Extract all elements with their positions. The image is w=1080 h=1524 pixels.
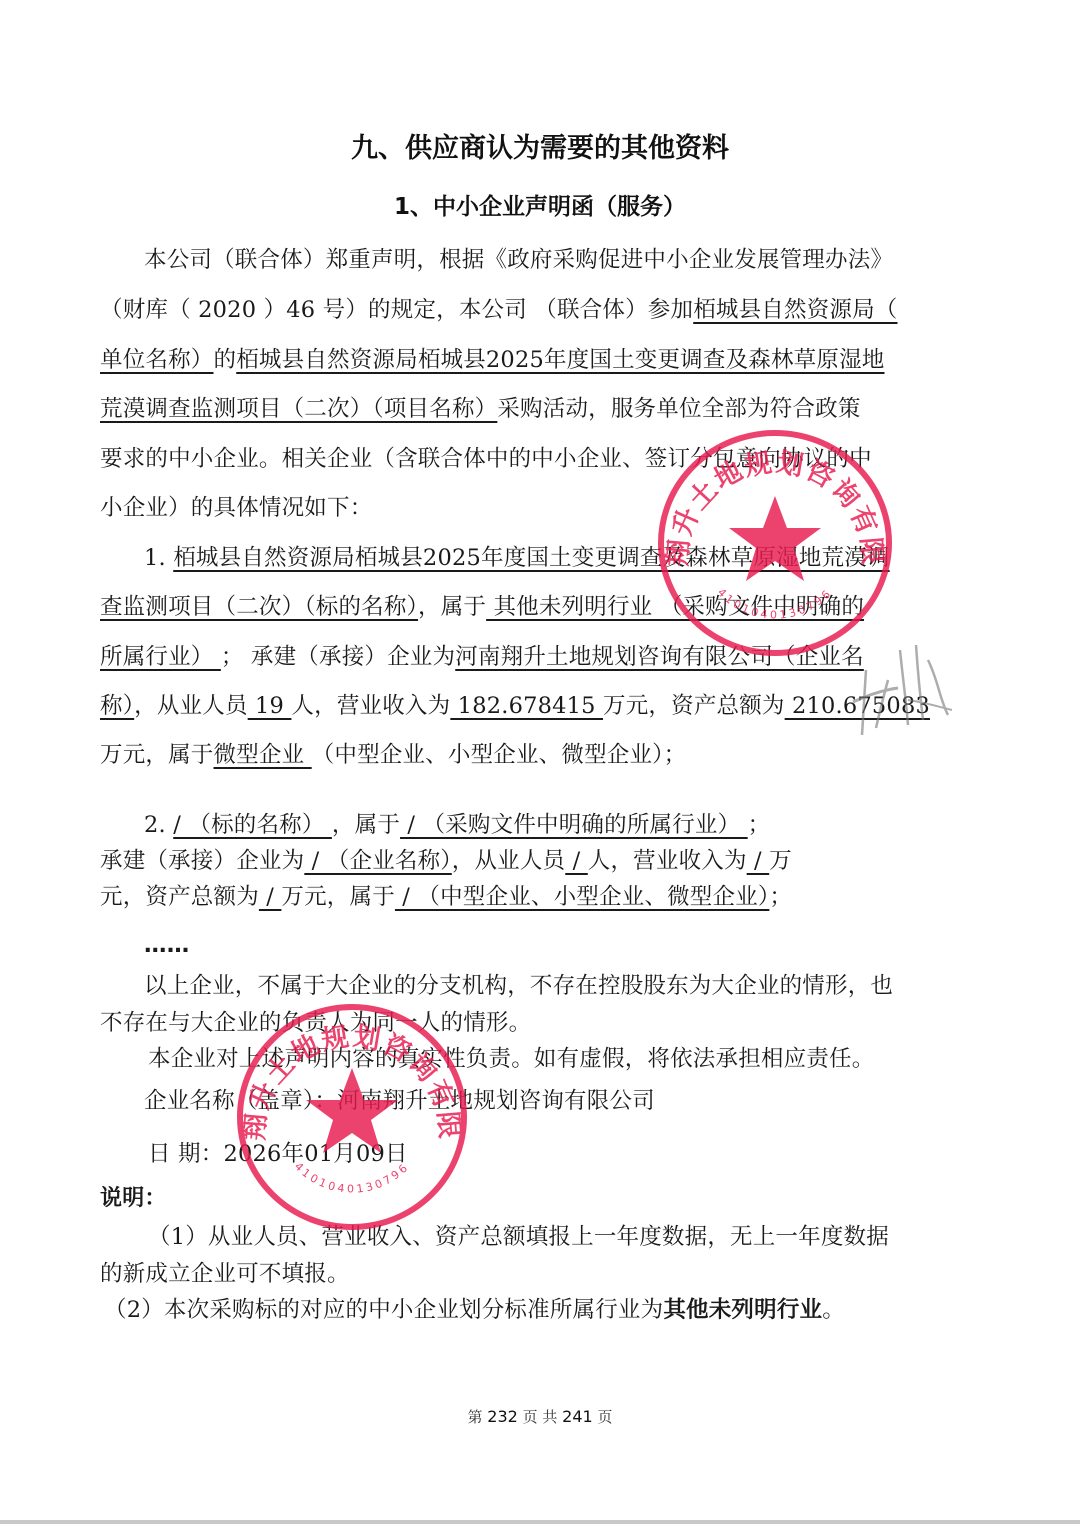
project-name: 栢城县自然资源局栢城县2025年度国土变更调查及森林草原湿地: [236, 347, 884, 373]
item1-line-1: 1. 栢城县自然资源局栢城县2025年度国土变更调查及森林草原湿地荒漠调: [144, 543, 890, 573]
closing-line-1: 以上企业，不属于大企业的分支机构，不存在控股股东为大企业的情形，也: [144, 971, 893, 1001]
declaration-title: 1、中小企业声明函（服务）: [0, 188, 1080, 221]
item2-line-3: 元，资产总额为 / 万元，属于 / （中型企业、小型企业、微型企业）；: [100, 882, 792, 912]
ellipsis: ……: [144, 930, 189, 960]
item1-company: 河南翔升土地规划咨询有限公司（企业名: [455, 644, 864, 670]
item1-line-2: 查监测项目（二次）（标的名称），属于 其他未列明行业 （采购文件中明确的: [100, 592, 864, 622]
item1-size: 微型企业: [214, 742, 312, 768]
page-number: 第 232 页 共 241 页: [0, 1406, 1080, 1427]
intro-line-2: （财库（ 2020 ）46 号）的规定，本公司 （联合体）参加栢城县自然资源局（: [100, 295, 898, 325]
industry-highlight: 其他未列明行业: [663, 1297, 822, 1323]
item1-assets: 210.675083: [785, 693, 930, 719]
note-1-line-1: （1）从业人员、营业收入、资产总额填报上一年度数据，无上一年度数据: [148, 1222, 889, 1252]
date-line: 日 期：2026年01月09日: [148, 1139, 408, 1169]
item1-revenue: 182.678415: [450, 693, 603, 719]
item2-line-1: 2. / （标的名称） ，属于 / （采购文件中明确的所属行业） ；: [144, 810, 770, 840]
intro-line-6: 小企业）的具体情况如下：: [100, 493, 372, 523]
item1-line-5: 万元，属于微型企业 （中型企业、小型企业、微型企业）；: [100, 740, 686, 770]
document-page: 九、供应商认为需要的其他资料 1、中小企业声明函（服务） 本公司（联合体）郑重声…: [0, 0, 1080, 1520]
company-signature-line: 企业名称（盖章）：河南翔升土地规划咨询有限公司: [144, 1086, 655, 1116]
item2-line-2: 承建（承接）企业为 / （企业名称），从业人员 / 人，营业收入为 / 万: [100, 846, 792, 876]
intro-line-4: 荒漠调查监测项目（二次）（项目名称）采购活动，服务单位全部为符合政策: [100, 394, 861, 424]
item1-industry: 其他未列明行业 （采购文件中明确的: [486, 594, 864, 620]
item1-line-4: 称），从业人员 19 人，营业收入为 182.678415 万元，资产总额为 2…: [100, 691, 930, 721]
intro-line-3: 单位名称）的栢城县自然资源局栢城县2025年度国土变更调查及森林草原湿地: [100, 345, 884, 375]
closing-line-3: 本企业对上述声明内容的真实性负责。如有虚假，将依法承担相应责任。: [148, 1044, 874, 1074]
intro-line-5: 要求的中小企业。相关企业（含联合体中的中小企业、签订分包意向协议的中: [100, 444, 872, 474]
item1-employees: 19: [248, 693, 292, 719]
notes-title: 说明：: [100, 1184, 167, 1214]
section-heading: 九、供应商认为需要的其他资料: [0, 126, 1080, 165]
item1-subject-name: 栢城县自然资源局栢城县2025年度国土变更调查及森林草原湿地荒漠调: [173, 545, 889, 571]
item1-line-3: 所属行业） ； 承建（承接）企业为河南翔升土地规划咨询有限公司（企业名: [100, 642, 864, 672]
buyer-name: 栢城县自然资源局（: [693, 297, 897, 323]
handwritten-signature-icon: [848, 640, 958, 740]
intro-line-1: 本公司（联合体）郑重声明，根据《政府采购促进中小企业发展管理办法》: [144, 245, 893, 275]
note-1-line-2: 的新成立企业可不填报。: [100, 1259, 350, 1289]
closing-line-2: 不存在与大企业的负责人为同一人的情形。: [100, 1008, 531, 1038]
page-bottom-edge: [0, 1520, 1080, 1524]
note-2: （2）本次采购标的对应的中小企业划分标准所属行业为其他未列明行业。: [104, 1295, 845, 1325]
